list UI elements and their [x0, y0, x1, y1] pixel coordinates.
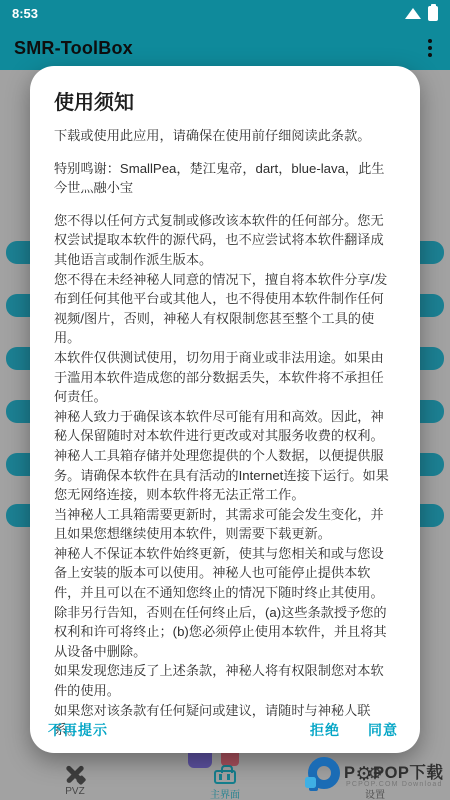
- terms-paragraph: 除非另行告知，否则在任何终止后，(a)这些条款授予您的权利和许可将终止；(b)您…: [54, 603, 396, 662]
- nav-label: 设置: [327, 786, 423, 800]
- app-bar: SMR-ToolBox: [0, 26, 450, 70]
- nav-label: PVZ: [27, 786, 123, 797]
- toolbox-icon: [213, 764, 237, 784]
- app-title: SMR-ToolBox: [14, 38, 133, 59]
- terms-text: 您不得以任何方式复制或修改该本软件的任何部分。您无权尝试提取本软件的源代码，也不…: [54, 211, 396, 740]
- dialog-title: 使用须知: [54, 86, 396, 115]
- dialog-actions: 不再提示 拒绝 同意: [48, 720, 398, 740]
- overflow-menu-icon[interactable]: [424, 35, 436, 61]
- hammer-wrench-icon: [63, 764, 87, 784]
- status-time: 8:53: [12, 6, 38, 21]
- nav-label: 主界面: [177, 786, 273, 800]
- terms-paragraph: 神秘人致力于确保该本软件尽可能有用和高效。因此，神秘人保留随时对本软件进行更改或…: [54, 407, 396, 446]
- agree-button[interactable]: 同意: [368, 720, 398, 740]
- nav-item-main[interactable]: 主界面: [177, 764, 273, 800]
- wifi-icon: [405, 8, 421, 19]
- reject-button[interactable]: 拒绝: [310, 720, 340, 740]
- terms-paragraph: 神秘人不保证本软件始终更新，使其与您相关和或与您设备上安装的版本可以使用。神秘人…: [54, 544, 396, 603]
- battery-icon: [428, 6, 438, 21]
- screen: 8:53 SMR-ToolBox PVZ 主界面 ⚙ 设置: [0, 0, 450, 800]
- dialog-body: 下载或使用此应用，请确保在使用前仔细阅读此条款。 特别鸣谢：SmallPea，楚…: [30, 126, 420, 740]
- status-icons: [405, 6, 438, 21]
- status-bar: 8:53: [0, 0, 450, 26]
- terms-paragraph: 当神秘人工具箱需要更新时，其需求可能会发生变化，并且如果您想继续使用本软件，则需…: [54, 505, 396, 544]
- terms-paragraph: 如果发现您违反了上述条款，神秘人将有权限制您对本软件的使用。: [54, 661, 396, 700]
- gear-icon: ⚙: [363, 764, 387, 784]
- terms-paragraph: 您不得以任何方式复制或修改该本软件的任何部分。您无权尝试提取本软件的源代码，也不…: [54, 211, 396, 270]
- dismiss-button[interactable]: 不再提示: [48, 720, 108, 740]
- terms-paragraph: 神秘人工具箱存储并处理您提供的个人数据，以便提供服务。请确保本软件在具有活动的I…: [54, 446, 396, 505]
- bottom-nav: PVZ 主界面 ⚙ 设置: [0, 760, 450, 800]
- terms-dialog: 使用须知 下载或使用此应用，请确保在使用前仔细阅读此条款。 特别鸣谢：Small…: [30, 66, 420, 753]
- terms-paragraph: 本软件仅供测试使用，切勿用于商业或非法用途。如果由于滥用本软件造成您的部分数据丢…: [54, 348, 396, 407]
- dialog-credits: 特别鸣谢：SmallPea，楚江鬼帝，dart，blue-lava，此生今世灬融…: [54, 159, 396, 198]
- nav-item-pvz[interactable]: PVZ: [27, 764, 123, 797]
- dialog-intro: 下载或使用此应用，请确保在使用前仔细阅读此条款。: [54, 126, 396, 146]
- nav-item-settings[interactable]: ⚙ 设置: [327, 764, 423, 800]
- terms-paragraph: 您不得在未经神秘人同意的情况下，擅自将本软件分享/发布到任何其他平台或其他人，也…: [54, 270, 396, 348]
